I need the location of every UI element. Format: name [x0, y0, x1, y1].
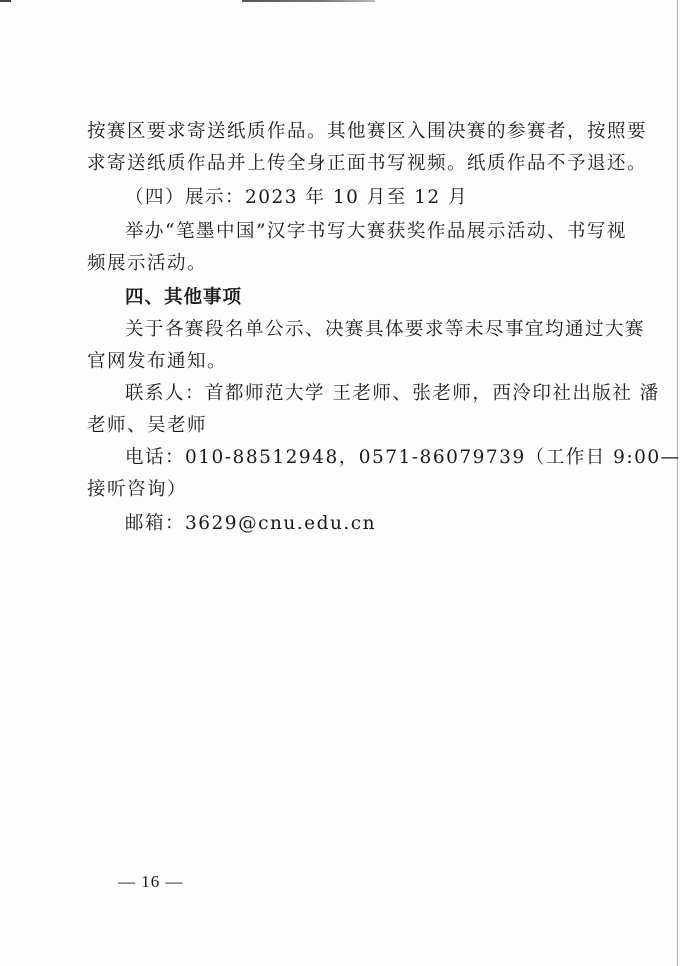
paragraph-line: 举办“笔墨中国”汉字书写大赛获奖作品展示活动、书写视 [87, 216, 599, 248]
page-edge [677, 0, 678, 966]
paragraph-line: 频展示活动。 [87, 248, 599, 280]
document-body: 按赛区要求寄送纸质作品。其他赛区入围决赛的参赛者，按照要 求寄送纸质作品并上传全… [87, 116, 599, 540]
phone-line: 接听咨询） [87, 474, 599, 506]
contact-line: 联系人：首都师范大学 王老师、张老师，西泠印社出版社 潘 [87, 378, 599, 410]
paragraph-line: 求寄送纸质作品并上传全身正面书写视频。纸质作品不予退还。 [87, 148, 599, 180]
page-number: — 16 — [118, 872, 184, 892]
contact-line: 老师、吴老师 [87, 410, 599, 442]
scan-artifact [0, 0, 11, 2]
paragraph-line: 按赛区要求寄送纸质作品。其他赛区入围决赛的参赛者，按照要 [87, 116, 599, 148]
phone-line: 电话：010-88512948，0571-86079739（工作日 9:00—1… [87, 442, 599, 474]
subsection-title: （四）展示：2023 年 10 月至 12 月 [87, 182, 599, 214]
email-line: 邮箱：3629@cnu.edu.cn [87, 508, 599, 540]
document-page: 按赛区要求寄送纸质作品。其他赛区入围决赛的参赛者，按照要 求寄送纸质作品并上传全… [0, 0, 680, 966]
scan-artifact [242, 0, 375, 2]
paragraph-line: 官网发布通知。 [87, 346, 599, 378]
section-heading: 四、其他事项 [87, 282, 599, 314]
paragraph-line: 关于各赛段名单公示、决赛具体要求等未尽事宜均通过大赛 [87, 314, 599, 346]
